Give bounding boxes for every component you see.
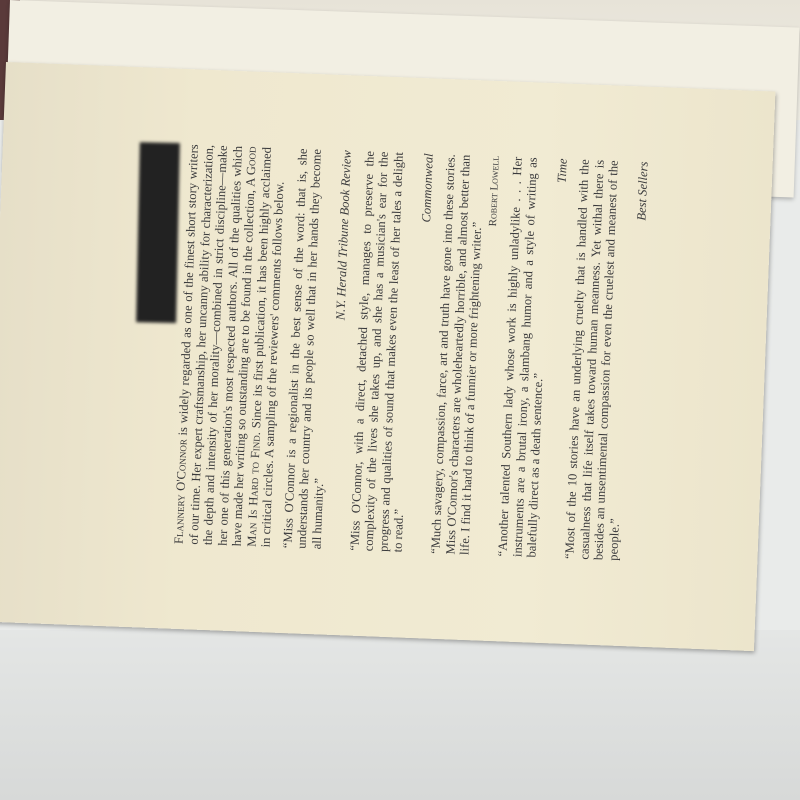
page-text: Flannery O'Connor is widely regarded as …	[128, 142, 763, 566]
table-surface	[0, 630, 800, 800]
book-page: Flannery O'Connor is widely regarded as …	[0, 62, 775, 651]
intro-paragraph: Flannery O'Connor is widely regarded as …	[172, 144, 289, 548]
intro-text-1: is widely regarded as one of the finest …	[176, 144, 258, 546]
redaction-mark	[136, 142, 180, 323]
